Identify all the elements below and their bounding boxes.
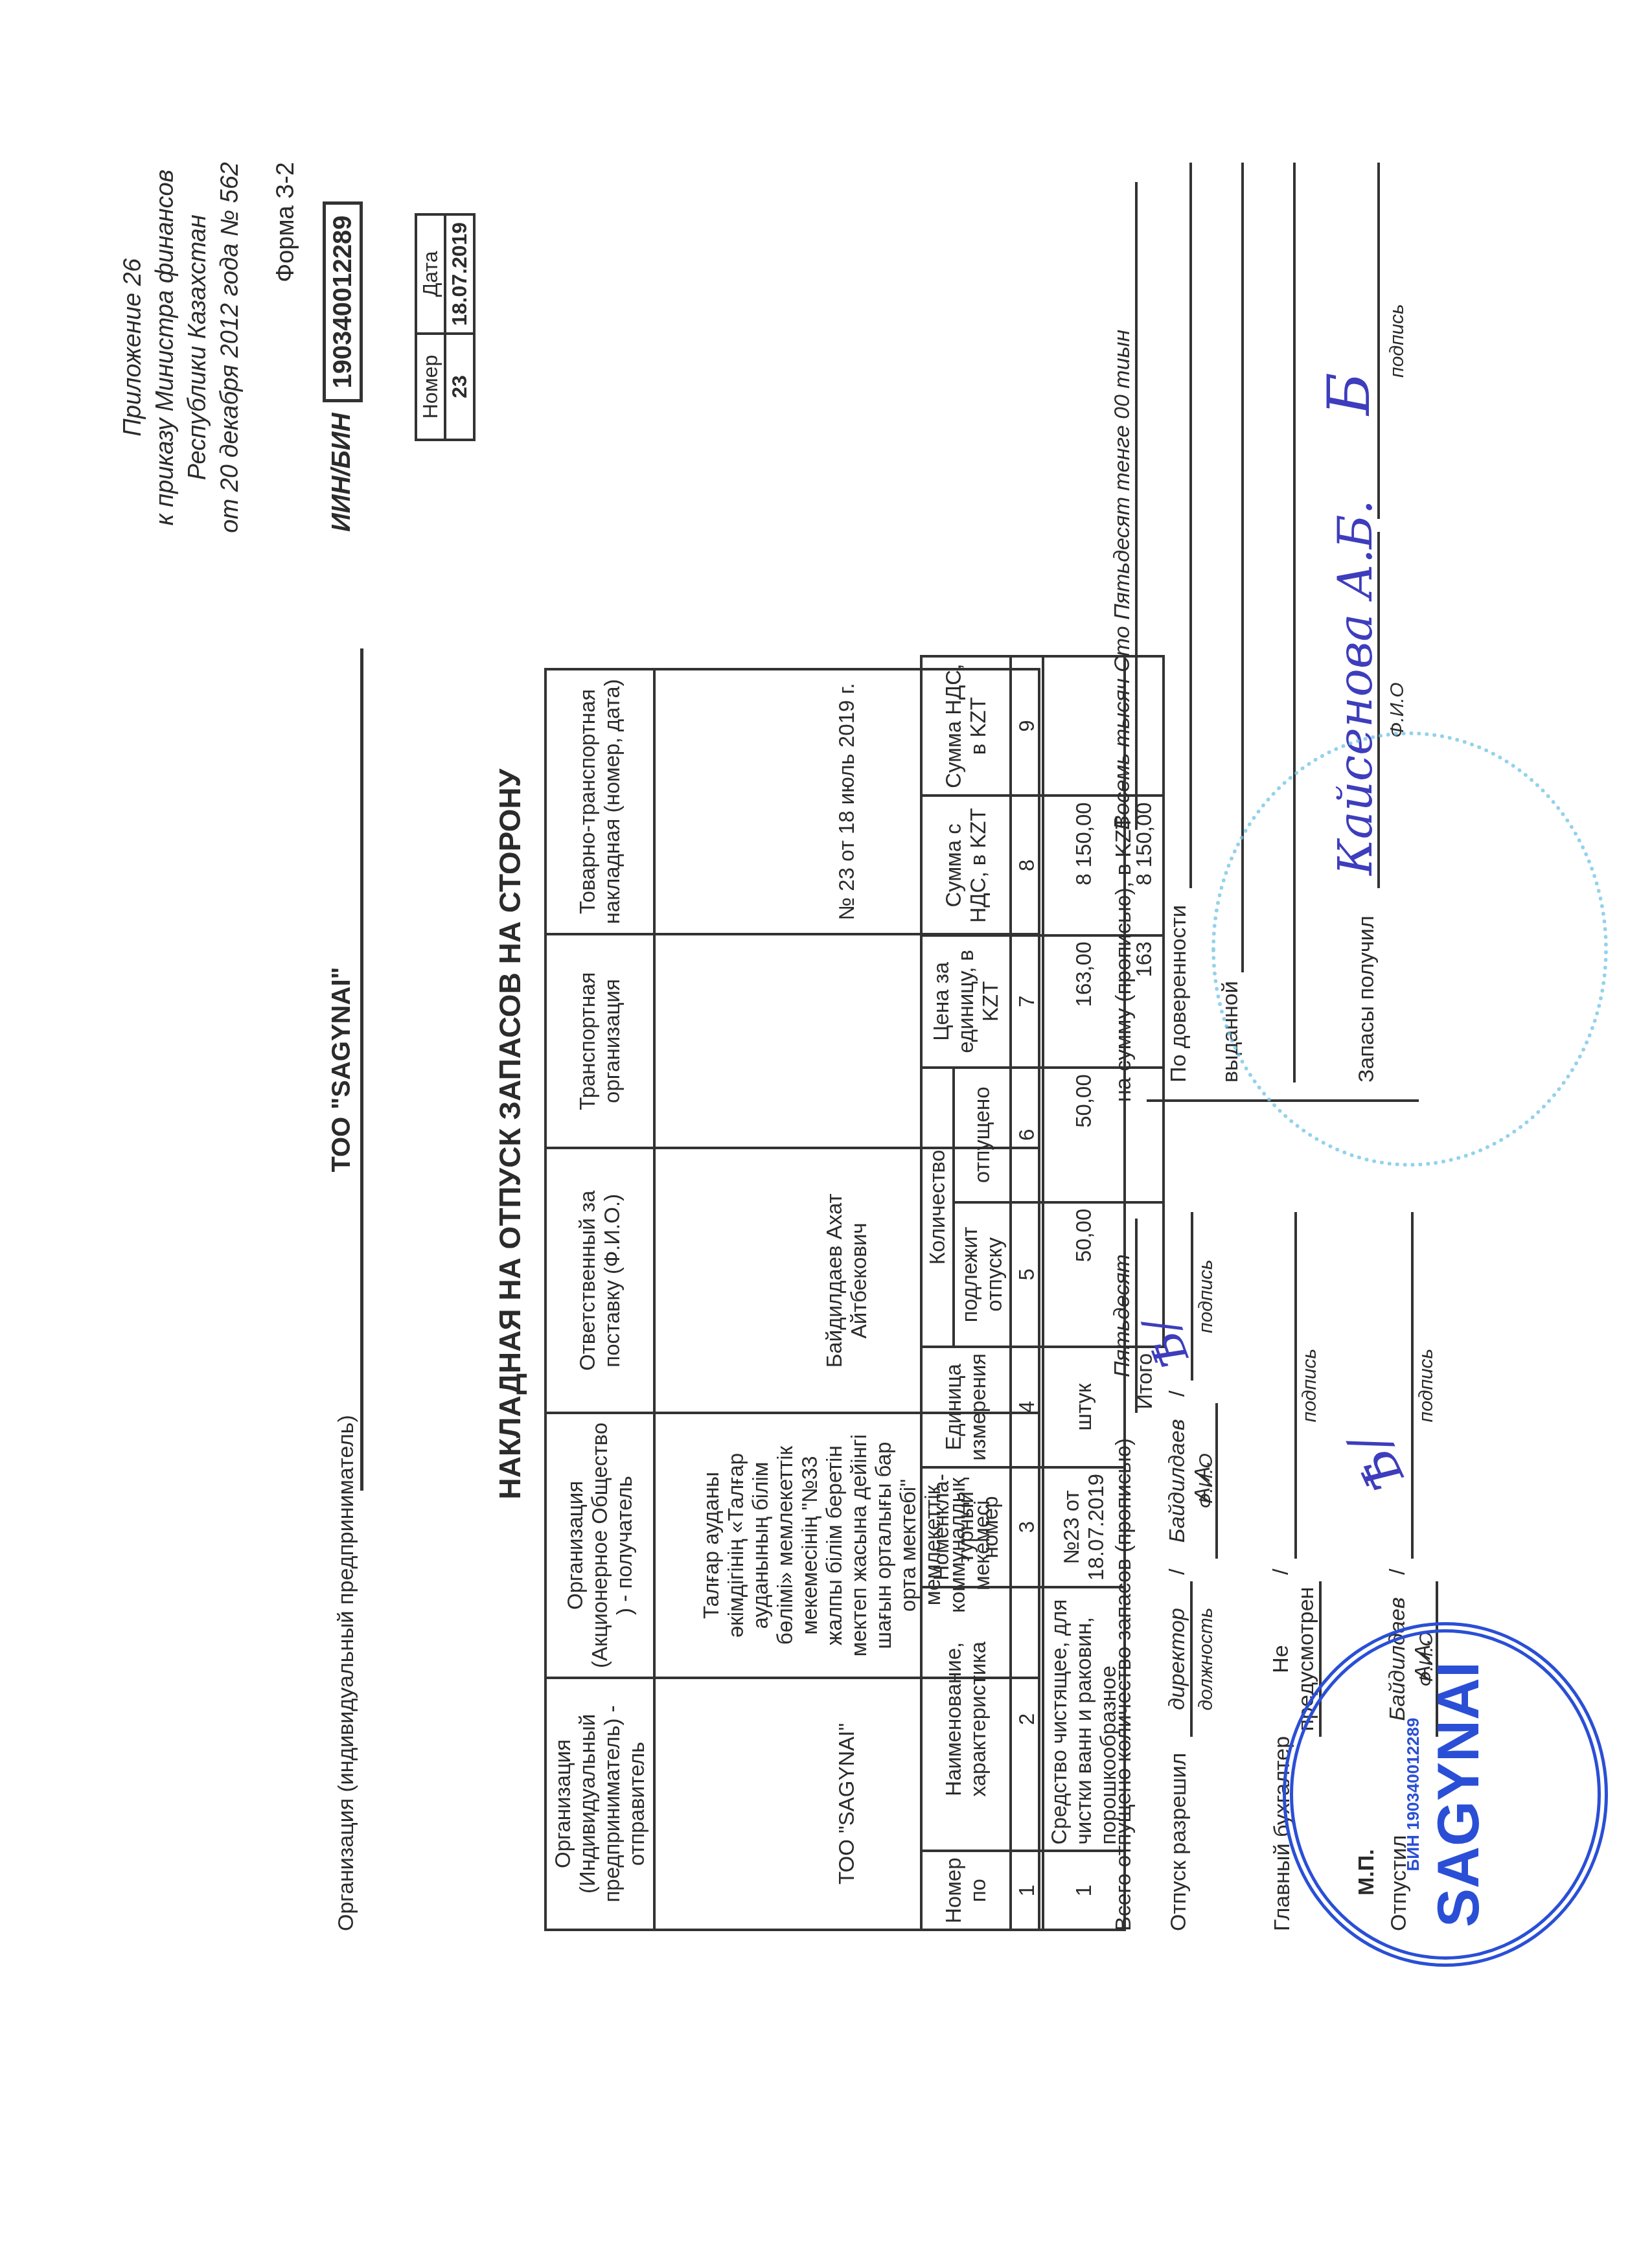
ttn-header: Товарно-транспортная накладная (номер, д…	[545, 669, 654, 934]
col-index: 6	[1011, 1068, 1043, 1202]
poa-label: По доверенности	[1166, 905, 1191, 1082]
col-vat-header: Сумма НДС, в KZT	[921, 656, 1011, 796]
poa-line	[1189, 163, 1192, 888]
received-signature-line	[1377, 163, 1380, 519]
col-qty-released-header: отпущено	[954, 1068, 1011, 1202]
appendix-note: Приложение 26 к приказу Министра финансо…	[117, 162, 246, 533]
sum-words-label: на сумму (прописью), в KZT	[1111, 816, 1136, 1102]
stamp-bin: БИН 190340012289	[1403, 1632, 1423, 1956]
doc-number-table: Номер Дата 23 18.07.2019	[415, 213, 476, 441]
qty-words-label: Всего отпущено количество запасов (пропи…	[1111, 1438, 1136, 1931]
col-index: 2	[1011, 1587, 1043, 1851]
document-title: НАКЛАДНАЯ НА ОТПУСК ЗАПАСОВ НА СТОРОНУ	[492, 0, 527, 2268]
stamp-name: SAGYNAI	[1426, 1632, 1493, 1956]
recipient-stamp	[1211, 731, 1608, 1167]
caption-fio: Ф.И.О	[1195, 1403, 1217, 1559]
col-qty-due-header: подлежит отпуску	[954, 1202, 1011, 1347]
allowed-position: директор	[1165, 1581, 1193, 1737]
col-qty-header: Количество	[921, 1068, 954, 1347]
col-price-header: Цена за единицу, в KZT	[921, 935, 1011, 1068]
col-index: 3	[1011, 1467, 1043, 1587]
qty-words: Пятьдесят	[1110, 1219, 1138, 1413]
responsible-header: Ответственный за поставку (Ф.И.О.)	[545, 1149, 654, 1414]
allowed-label: Отпуск разрешил	[1166, 1753, 1191, 1931]
doc-number-label: Номер	[416, 334, 445, 440]
bin-value: 190340012289	[323, 201, 363, 402]
org-name: ТОО "SAGYNAI"	[327, 648, 363, 1491]
appendix-line: Приложение 26	[117, 162, 149, 533]
col-name-header: Наименование, характеристика	[921, 1587, 1011, 1851]
receiver-header: Организация (Акционерное Общество ) - по…	[545, 1413, 654, 1678]
doc-number: 23	[445, 334, 474, 440]
col-index: 4	[1011, 1347, 1043, 1467]
released-signature-line	[1385, 1212, 1414, 1559]
doc-date: 18.07.2019	[445, 214, 474, 334]
caption-signature: подпись	[1299, 1212, 1321, 1559]
sum-words: Восемь тысяч Сто Пятьдесят тенге 00 тиын	[1110, 182, 1138, 830]
col-index: 8	[1011, 796, 1043, 935]
column-numbers-row: 1 2 3 4 5 6 7 8 9	[1011, 656, 1043, 1930]
form-number: Форма З-2	[272, 162, 300, 282]
appendix-line: к приказу Министра финансов	[149, 162, 181, 533]
col-sumvat-header: Сумма с НДС, в KZT	[921, 796, 1011, 935]
doc-date-label: Дата	[416, 214, 445, 334]
company-stamp: БИН 190340012289 SAGYNAI	[1283, 1622, 1608, 1967]
chief-accountant-signature-line	[1268, 1212, 1297, 1559]
caption-signature: подпись	[1386, 163, 1408, 519]
appendix-line: от 20 декабря 2012 года № 562	[214, 162, 246, 533]
col-index: 9	[1011, 656, 1043, 796]
caption-signature: подпись	[1416, 1212, 1438, 1559]
col-num-header: Номер по	[921, 1851, 1011, 1930]
caption-position: должность	[1195, 1581, 1217, 1737]
org-label: Организация (индивидуальный предпринимат…	[334, 1415, 359, 1931]
transport-header: Транспортная организация	[545, 934, 654, 1149]
col-index: 7	[1011, 935, 1043, 1068]
appendix-line: Республики Казахстан	[181, 162, 214, 533]
col-index: 5	[1011, 1202, 1043, 1347]
sender-header: Организация (Индивидуальный предпринимат…	[545, 1678, 654, 1930]
col-nomenclature-header: Номенкла-турный номер	[921, 1467, 1011, 1587]
col-unit-header: Единица измерения	[921, 1347, 1011, 1467]
bin-label: ИИН/БИН	[327, 413, 356, 532]
received-handwritten-mark: Б	[1315, 372, 1383, 415]
col-index: 1	[1011, 1851, 1043, 1930]
waybill-document: Приложение 26 к приказу Министра финансо…	[0, 0, 1652, 2268]
